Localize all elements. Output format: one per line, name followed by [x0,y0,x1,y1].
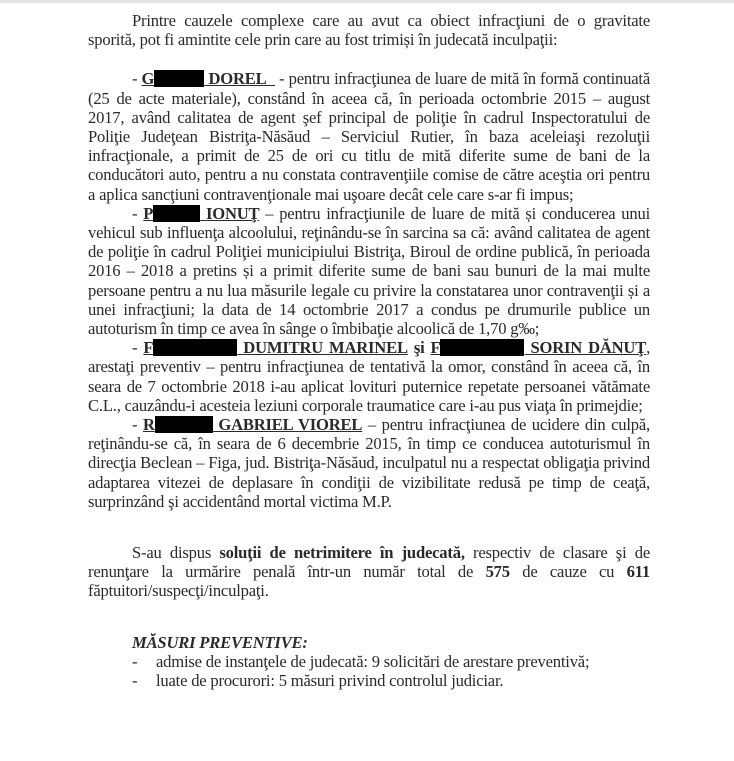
case-description: – pentru infracţiunile de luare de mită … [88,204,650,338]
redaction-box [154,70,204,87]
defendant-name: P IONUŢ [143,204,259,223]
list-item: -luate de procurori: 5 măsuri privind co… [132,671,650,690]
list-item: -admise de instanţele de judecată: 9 sol… [132,652,650,671]
case-item: - G DOREL - pentru infracţiunea de luare… [88,69,650,203]
defendant-name: R GABRIEL VIOREL [143,415,362,434]
case-item: - F DUMITRU MARINEL şi F SORIN DĂNUŢ, ar… [88,338,650,415]
redaction-box [153,339,237,356]
summary-paragraph: S-au dispus soluţii de netrimitere în ju… [88,543,650,601]
case-item: - R GABRIEL VIOREL – pentru infracţiunea… [88,415,650,511]
persons-count: 611 [627,562,650,581]
redaction-box [155,416,213,433]
redaction-box [440,339,524,356]
defendant-name: G DOREL [142,69,275,88]
case-item: - P IONUŢ – pentru infracţiunile de luar… [88,204,650,338]
defendant-name: F DUMITRU MARINEL [143,338,408,357]
case-description: - pentru infracţiunea de luare de mită î… [88,69,650,203]
defendant-name: F SORIN DĂNUŢ [431,338,647,357]
causes-count: 575 [486,562,510,581]
document-body: Printre cauzele complexe care au avut ca… [88,11,650,690]
measures-heading: MĂSURI PREVENTIVE: [88,633,650,652]
redaction-box [153,205,200,222]
measures-list: -admise de instanţele de judecată: 9 sol… [88,652,650,690]
document-page: Printre cauzele complexe care au avut ca… [0,0,734,761]
intro-paragraph: Printre cauzele complexe care au avut ca… [88,11,650,49]
